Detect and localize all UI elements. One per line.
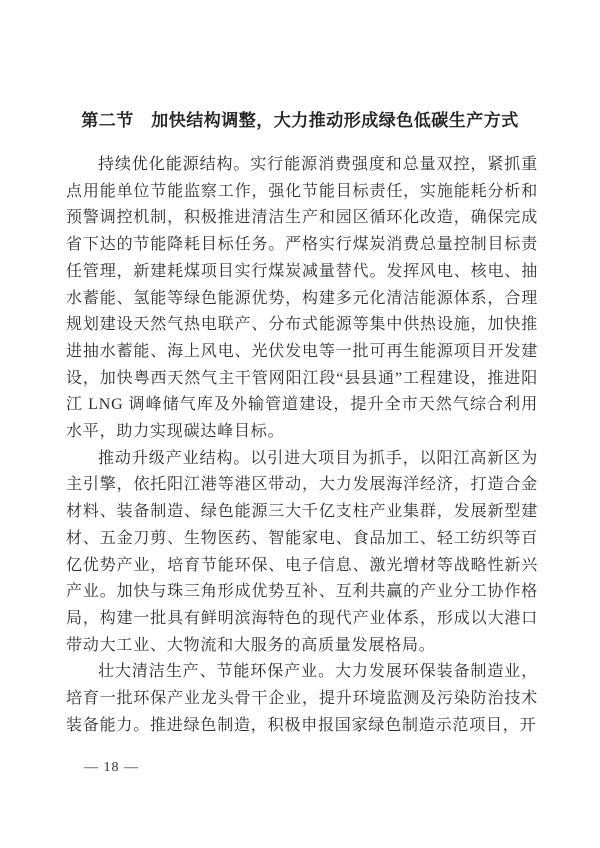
paragraph-lead: 持续优化能源结构。: [98, 156, 250, 173]
document-page: 第二节 加快结构调整，大力推动形成绿色低碳生产方式 持续优化能源结构。实行能源消…: [0, 0, 600, 848]
paragraph: 推动升级产业结构。以引进大项目为抓手，以阳江高新区为主引擎，依托阳江港等港区带动…: [66, 446, 538, 660]
paragraph: 持续优化能源结构。实行能源消费强度和总量双控，紧抓重点用能单位节能监察工作，强化…: [66, 152, 538, 446]
paragraph-text: 实行能源消费强度和总量双控，紧抓重点用能单位节能监察工作，强化节能目标责任，实施…: [66, 156, 538, 440]
paragraph-text: 以引进大项目为抓手，以阳江高新区为主引擎，依托阳江港等港区带动，大力发展海洋经济…: [66, 450, 538, 654]
section-title: 第二节 加快结构调整，大力推动形成绿色低碳生产方式: [58, 0, 542, 136]
document-body: 持续优化能源结构。实行能源消费强度和总量双控，紧抓重点用能单位节能监察工作，强化…: [66, 152, 538, 739]
page-number: — 18 —: [84, 760, 139, 776]
paragraph-lead: 壮大清洁生产、节能环保产业。: [98, 663, 335, 680]
paragraph: 壮大清洁生产、节能环保产业。大力发展环保装备制造业，培育一批环保产业龙头骨干企业…: [66, 659, 538, 739]
paragraph-lead: 推动升级产业结构。: [98, 450, 250, 467]
